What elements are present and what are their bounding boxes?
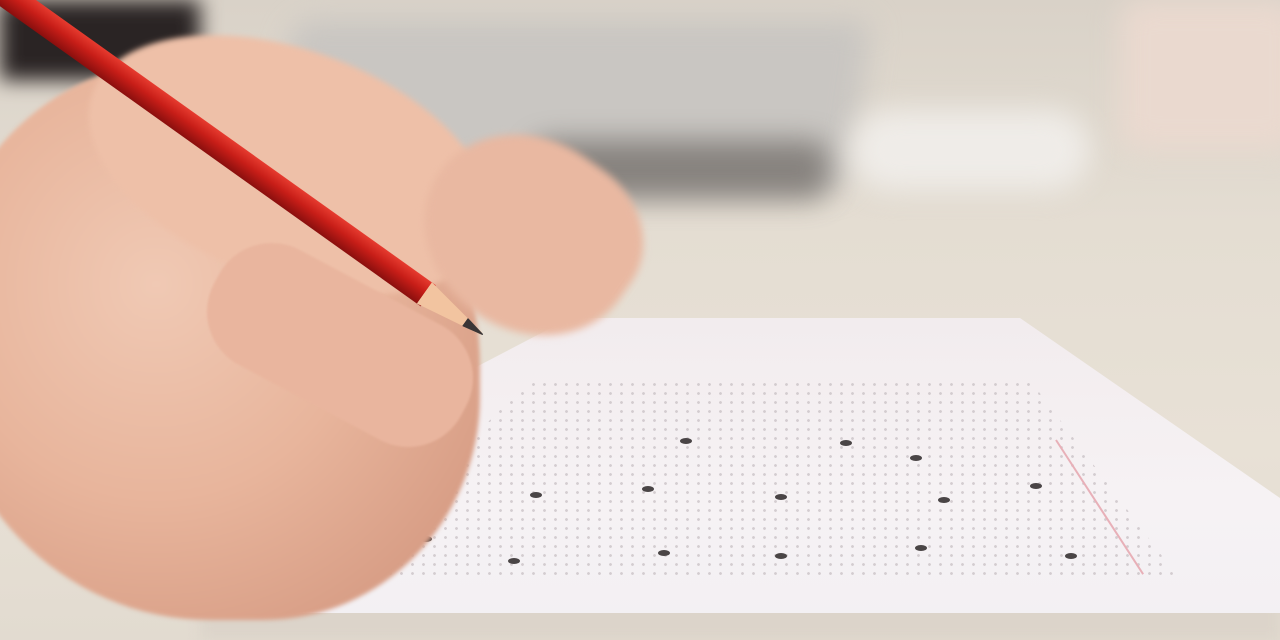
filled-bubble [658,550,670,556]
filled-bubble [915,545,927,551]
blurred-object [1120,0,1280,150]
filled-bubble [775,494,787,500]
filled-bubble [1030,483,1042,489]
filled-bubble [642,486,654,492]
photo-scene [0,0,1280,640]
blurred-mouse [850,110,1090,190]
filled-bubble [840,440,852,446]
filled-bubble [530,492,542,498]
filled-bubble [775,553,787,559]
filled-bubble [938,497,950,503]
filled-bubble [1065,553,1077,559]
filled-bubble [680,438,692,444]
filled-bubble [508,558,520,564]
filled-bubble [910,455,922,461]
